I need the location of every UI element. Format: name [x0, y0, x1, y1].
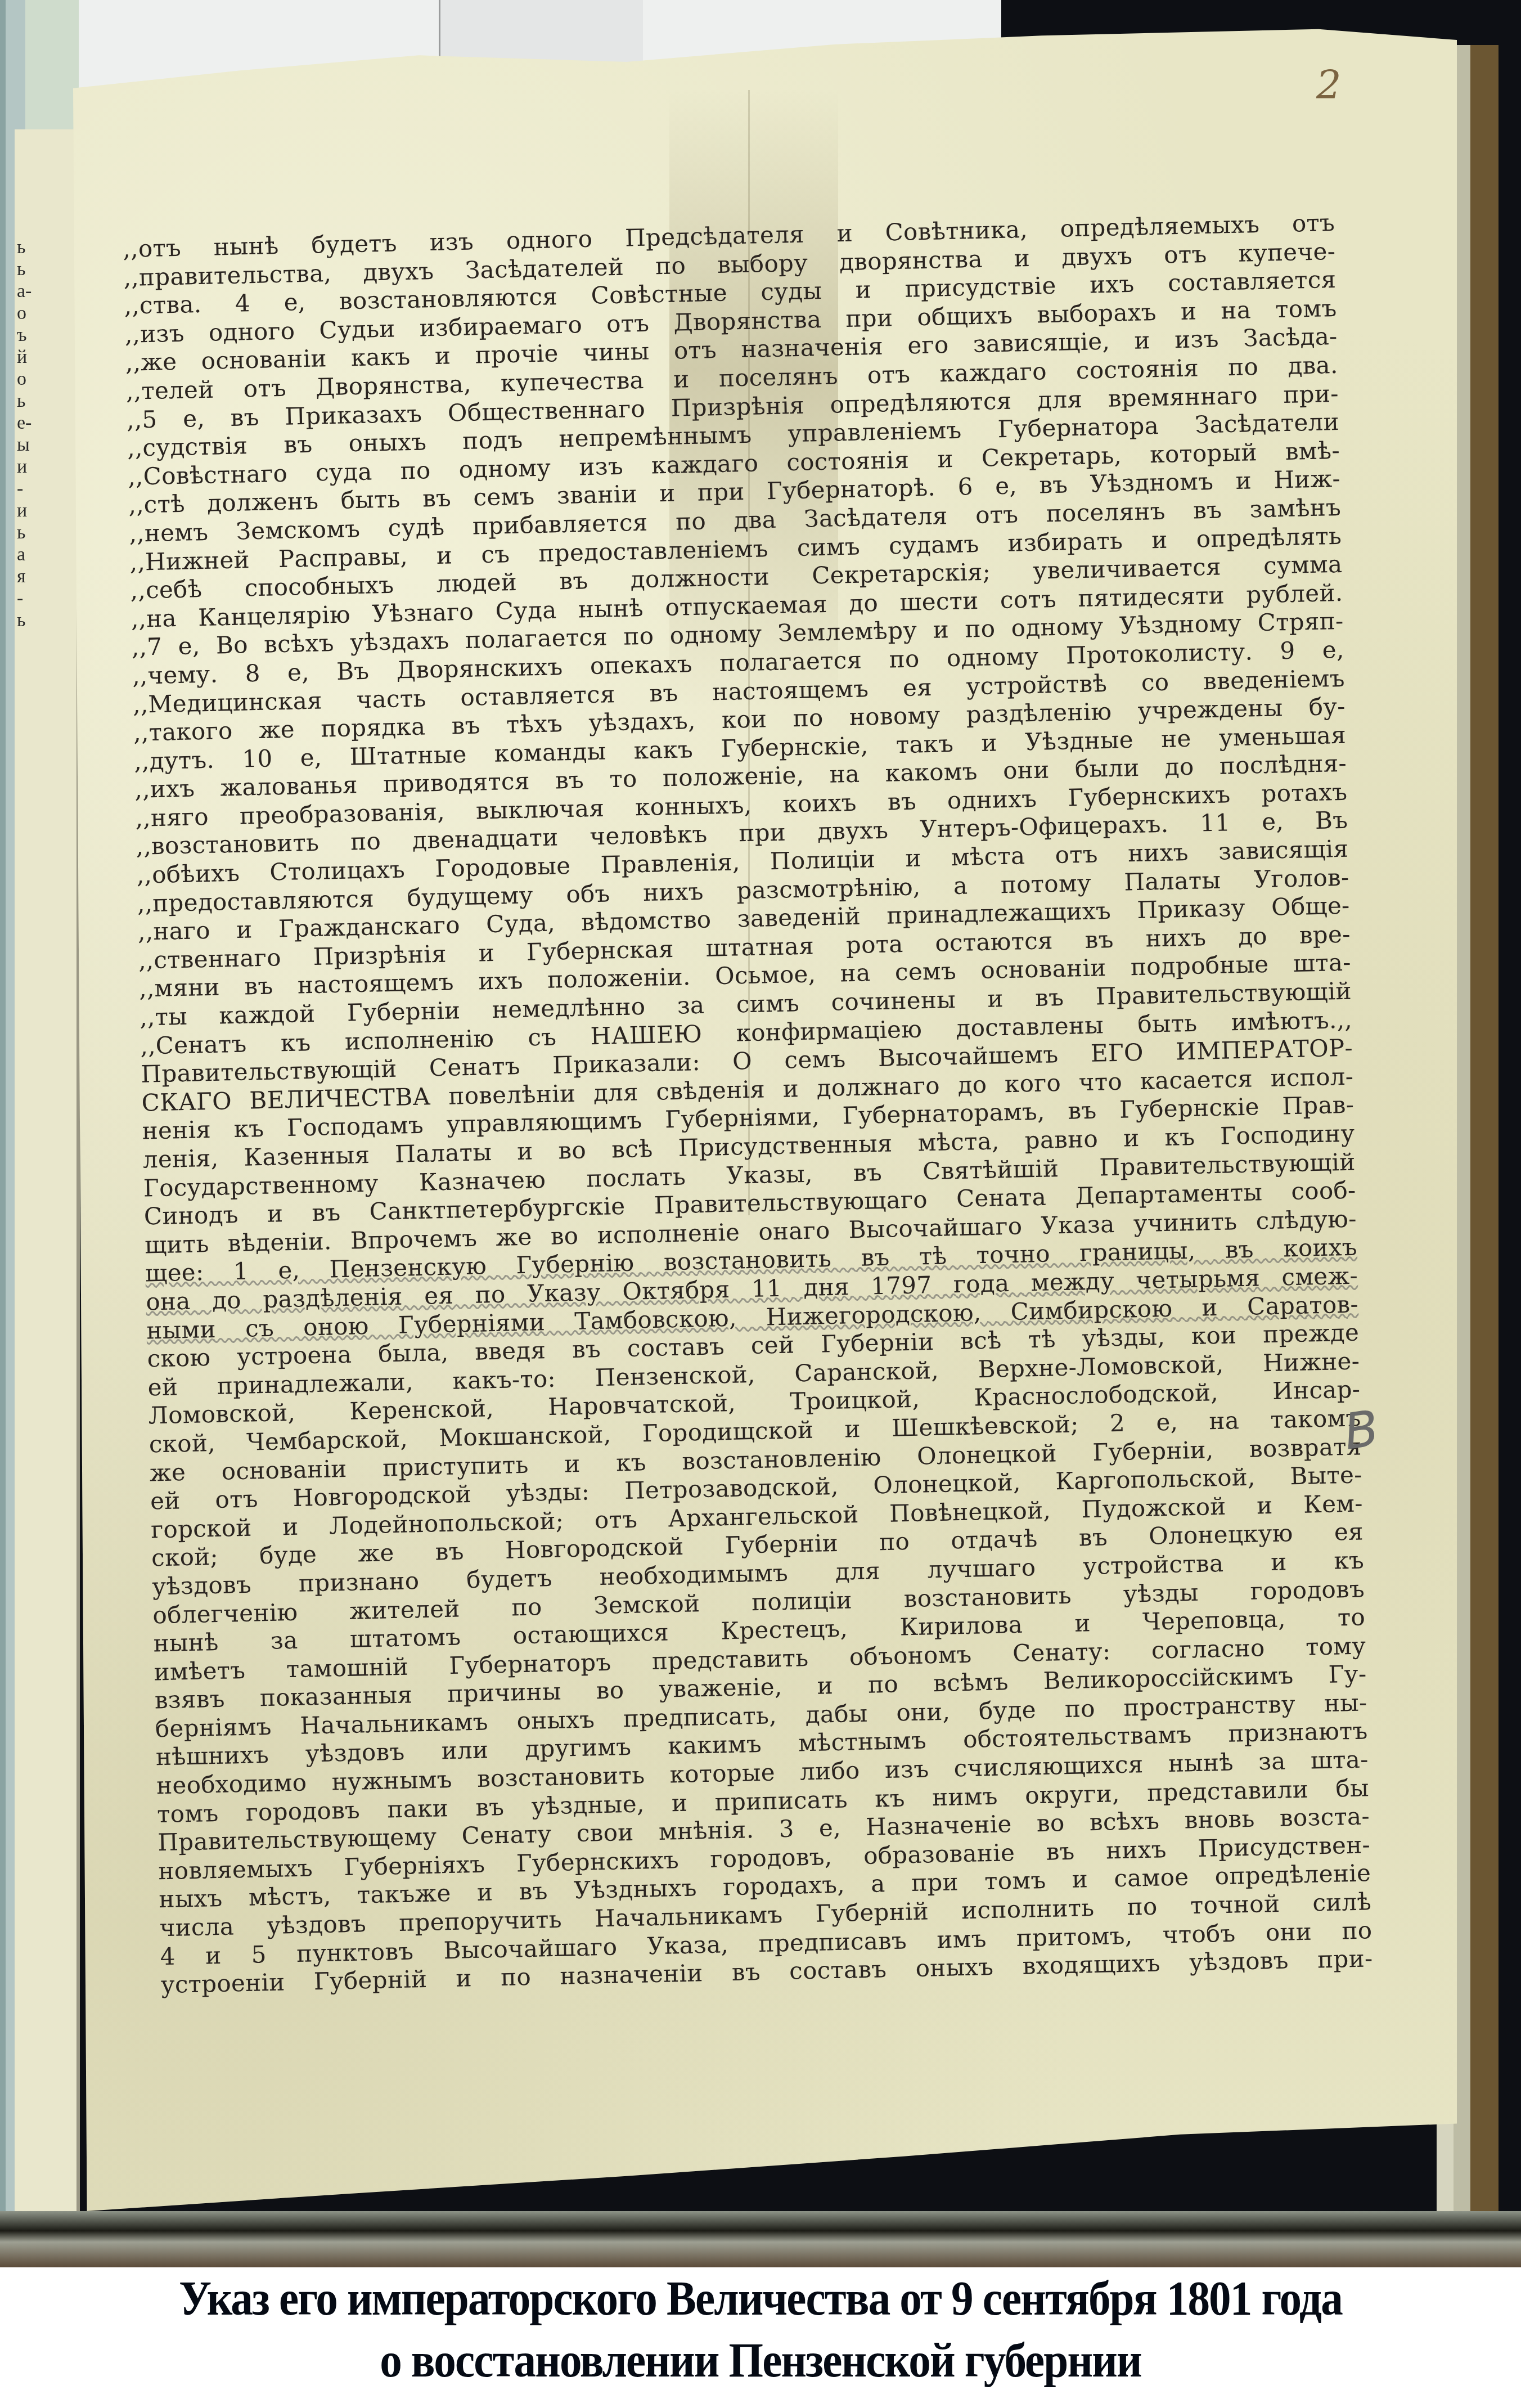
page-number: 2	[1316, 62, 1342, 108]
fragment-letter: я	[17, 565, 37, 587]
fragment-letter: ъ	[17, 324, 37, 346]
fragment-letter: о	[17, 302, 37, 324]
fragment-letter: ы	[17, 434, 37, 456]
previous-page-letters: ььа-оъйоье-ыи-иьая-ь	[17, 236, 37, 631]
fragment-letter: -	[17, 478, 37, 500]
fragment-letter: ь	[17, 522, 37, 543]
fragment-letter: ь	[17, 390, 37, 412]
binding-bottom-edge	[0, 2211, 1521, 2267]
fragment-letter: и	[17, 456, 37, 478]
fragment-letter: и	[17, 500, 37, 522]
fragment-letter: а	[17, 543, 37, 565]
fragment-letter: е-	[17, 412, 37, 434]
fragment-letter: ь	[17, 236, 37, 258]
fragment-letter: ь	[17, 258, 37, 280]
fragment-letter: ь	[17, 609, 37, 631]
fragment-letter: а-	[17, 280, 37, 302]
fragment-letter: й	[17, 346, 37, 368]
fragment-letter: о	[17, 368, 37, 390]
document-scan: ььа-оъйоье-ыи-иьая-ь 2 ,,отъ нынѣ будетъ…	[0, 0, 1521, 2267]
caption-title-line-1: Указ его императорского Величества от 9 …	[61, 2267, 1460, 2329]
document-body-text: ,,отъ нынѣ будетъ изъ одного Предсѣдател…	[123, 209, 1373, 2000]
image-caption: Указ его императорского Величества от 9 …	[0, 2267, 1521, 2408]
fragment-letter: -	[17, 587, 37, 609]
caption-title-line-2: о восстановлении Пензенской губернии	[61, 2329, 1460, 2391]
